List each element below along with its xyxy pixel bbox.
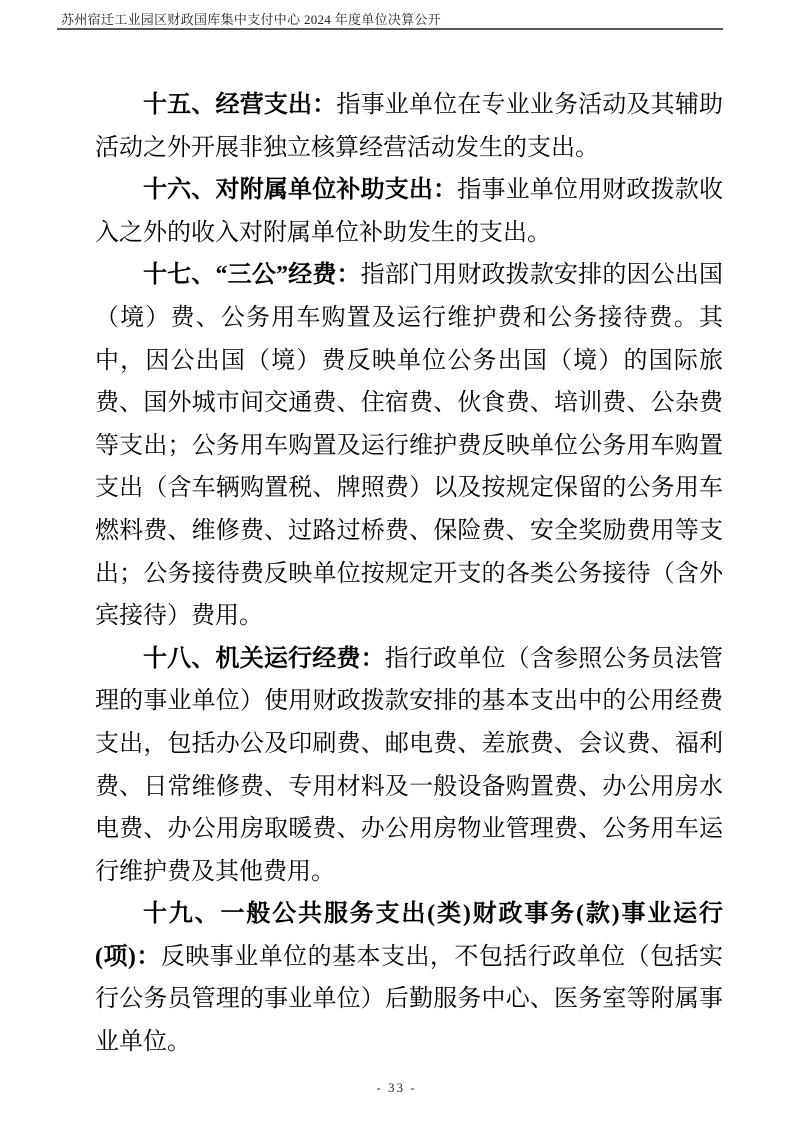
paragraph-18-lead: 十八、机关运行经费： <box>143 646 385 672</box>
page-number: - 33 - <box>0 1080 793 1096</box>
document-page: 苏州宿迁工业园区财政国库集中支付中心 2024 年度单位决算公开 十五、经营支出… <box>0 0 793 1122</box>
paragraph-19: 十九、一般公共服务支出(类)财政事务(款)事业运行(项)：反映事业单位的基本支出… <box>95 893 723 1063</box>
header-divider <box>57 28 723 30</box>
paragraph-15-lead: 十五、经营支出： <box>143 92 336 118</box>
paragraph-15: 十五、经营支出：指事业单位在专业业务活动及其辅助活动之外开展非独立核算经营活动发… <box>95 84 723 169</box>
paragraph-17-lead: 十七、“三公”经费： <box>143 262 361 288</box>
paragraph-17-text: 指部门用财政拨款安排的因公出国（境）费、公务用车购置及运行维护费和公务接待费。其… <box>95 262 723 629</box>
paragraph-16-lead: 十六、对附属单位补助支出： <box>143 177 457 203</box>
paragraph-18: 十八、机关运行经费：指行政单位（含参照公务员法管理的事业单位）使用财政拨款安排的… <box>95 638 723 894</box>
paragraph-17: 十七、“三公”经费：指部门用财政拨款安排的因公出国（境）费、公务用车购置及运行维… <box>95 254 723 637</box>
paragraph-19-text: 反映事业单位的基本支出，不包括行政单位（包括实行公务员管理的事业单位）后勤服务中… <box>95 944 723 1055</box>
paragraph-18-text: 指行政单位（含参照公务员法管理的事业单位）使用财政拨款安排的基本支出中的公用经费… <box>95 646 723 885</box>
paragraph-16: 十六、对附属单位补助支出：指事业单位用财政拨款收入之外的收入对附属单位补助发生的… <box>95 169 723 254</box>
document-body: 十五、经营支出：指事业单位在专业业务活动及其辅助活动之外开展非独立核算经营活动发… <box>95 84 723 1064</box>
page-header-title: 苏州宿迁工业园区财政国库集中支付中心 2024 年度单位决算公开 <box>61 11 441 28</box>
